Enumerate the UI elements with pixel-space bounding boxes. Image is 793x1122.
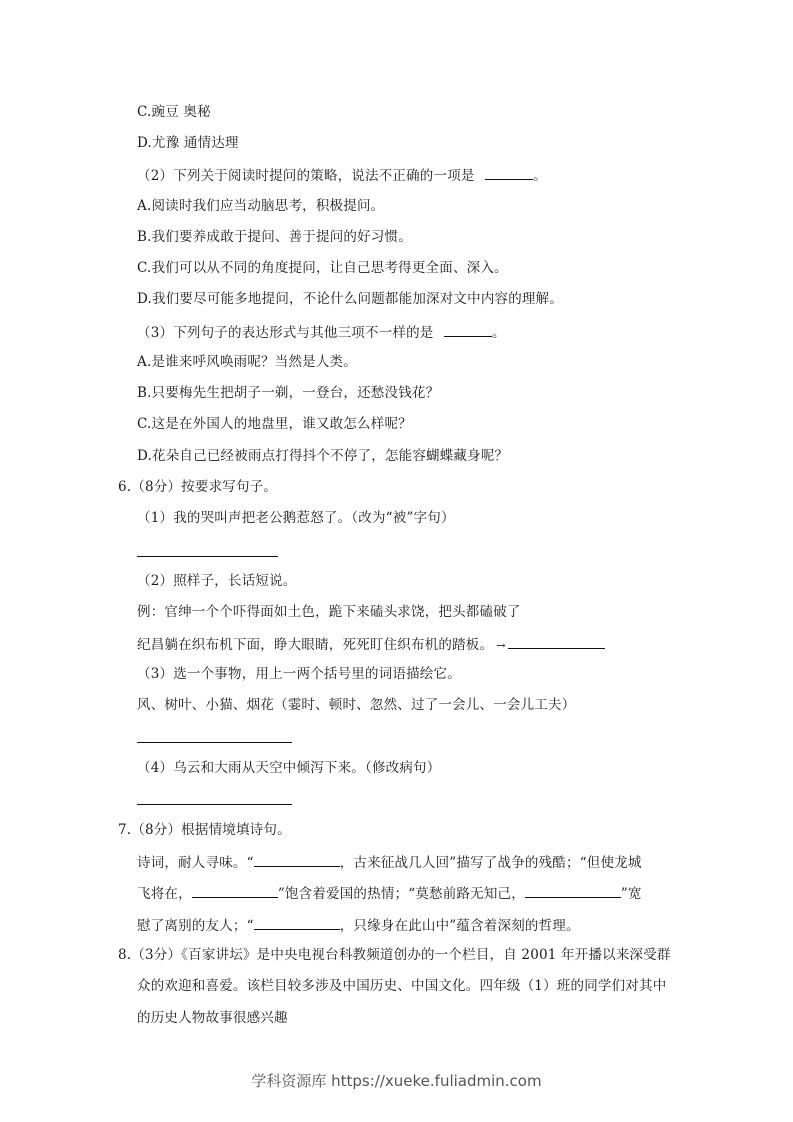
answer-blank[interactable] xyxy=(508,634,605,649)
option-d: D.尤豫 通情达理 xyxy=(137,134,239,152)
question-8-line-1: 8.（3分）《百家讲坛》是中央电视台科教频道创办的一个栏目，自 2001 年开播… xyxy=(118,946,671,964)
option-c: C.我们可以从不同的角度提问，让自己思考得更全面、深入。 xyxy=(137,259,508,277)
stem-text: （3）下列句子的表达形式与其他三项不一样的是 xyxy=(137,325,434,341)
question-8-line-2: 众的欢迎和喜爱。该栏目较多涉及中国历史、中国文化。四年级（1）班的同学们对其中 xyxy=(137,977,666,995)
question-6-3: （3）选一个事物，用上一两个括号里的词语描绘它。 xyxy=(137,665,461,683)
question-6-title: 6.（8分）按要求写句子。 xyxy=(118,478,277,496)
question-7-line-1: 诗词，耐人寻味。“，古来征战几人回”描写了战争的残酷；“但使龙城 xyxy=(137,852,642,872)
arrow-right-icon: → xyxy=(496,639,505,652)
stem-text: （2）下列关于阅读时提问的策略，说法不正确的一项是 xyxy=(137,168,475,184)
answer-blank[interactable] xyxy=(192,883,278,898)
question-5-2-stem: （2）下列关于阅读时提问的策略，说法不正确的一项是 。 xyxy=(137,165,547,185)
answer-blank[interactable] xyxy=(444,322,492,337)
answer-blank[interactable] xyxy=(254,915,340,930)
answer-blank[interactable] xyxy=(485,165,533,180)
answer-line[interactable] xyxy=(137,556,278,557)
option-a: A.阅读时我们应当动脑思考，积极提问。 xyxy=(137,197,384,215)
option-b: B.我们要养成敢于提问、善于提问的好习惯。 xyxy=(137,228,412,246)
question-8-line-3: 的历史人物故事很感兴趣 xyxy=(137,1009,288,1027)
footer-watermark: 学科资源库 https://xueke.fuliadmin.com xyxy=(0,1070,793,1091)
option-c: C.这是在外国人的地盘里，谁又敢怎么样呢？ xyxy=(137,415,412,433)
option-d: D.花朵自己已经被雨点打得抖个不停了，怎能容蝴蝶藏身呢？ xyxy=(137,447,508,465)
answer-line[interactable] xyxy=(137,742,292,743)
answer-blank[interactable] xyxy=(254,852,340,867)
question-7-line-3: 慰了离别的友人；“，只缘身在此山中”蕴含着深刻的哲理。 xyxy=(137,915,580,935)
answer-line[interactable] xyxy=(137,804,292,805)
question-7-line-2: 飞将在，”饱含着爱国的热情；“莫愁前路无知己，”宽 xyxy=(137,883,642,903)
question-6-4: （4）乌云和大雨从天空中倾泻下来。（修改病句） xyxy=(137,759,440,777)
question-7-title: 7.（8分）根据情境填诗句。 xyxy=(118,821,291,839)
option-c: C.豌豆 奥秘 xyxy=(137,103,211,121)
option-d: D.我们要尽可能多地提问，不论什么问题都能加深对文中内容的理解。 xyxy=(137,290,563,308)
question-6-2: （2）照样子，长话短说。 xyxy=(137,572,297,590)
question-5-3-stem: （3）下列句子的表达形式与其他三项不一样的是 。 xyxy=(137,322,506,342)
question-6-1: （1）我的哭叫声把老公鹅惹怒了。（改为“被”字句） xyxy=(137,509,455,527)
answer-blank[interactable] xyxy=(525,883,621,898)
option-a: A.是谁来呼风唤雨呢？当然是人类。 xyxy=(137,353,357,371)
question-6-2-task: 纪昌躺在织布机下面，睁大眼睛，死死盯住织布机的踏板。→ xyxy=(137,634,605,655)
question-6-2-example: 例：官绅一个个吓得面如土色，跪下来磕头求饶，把头都磕破了 xyxy=(137,603,521,621)
question-6-3-words: 风、树叶、小猫、烟花（霎时、顿时、忽然、过了一会儿、一会儿工夫） xyxy=(137,696,575,714)
option-b: B.只要梅先生把胡子一剃，一登台，还愁没钱花？ xyxy=(137,384,439,402)
